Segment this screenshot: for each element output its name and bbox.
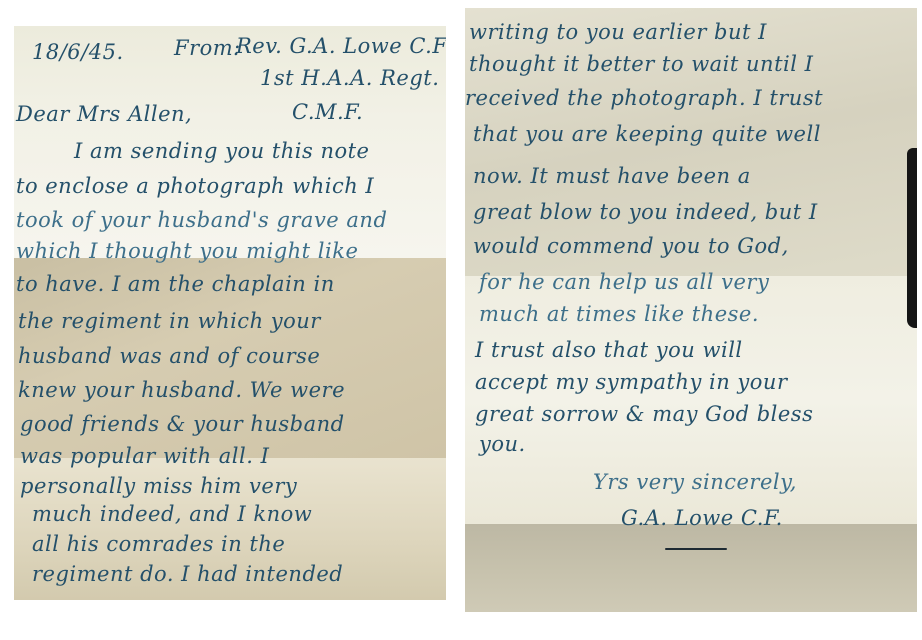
salutation: Dear Mrs Allen, <box>16 102 192 126</box>
body-line: received the photograph. I trust <box>465 86 823 110</box>
body-line: much indeed, and I know <box>32 502 312 526</box>
body-line: knew your husband. We were <box>18 378 345 402</box>
body-line: accept my sympathy in your <box>475 370 788 394</box>
body-line: you. <box>479 432 526 456</box>
torn-edge <box>907 148 917 328</box>
sender-location: C.M.F. <box>292 100 363 124</box>
signature-underline <box>665 548 727 550</box>
body-line: regiment do. I had intended <box>32 562 343 586</box>
body-line: now. It must have been a <box>473 164 751 188</box>
from-label: From: <box>174 36 241 60</box>
body-line: great sorrow & may God bless <box>475 402 813 426</box>
closing: Yrs very sincerely, <box>593 470 797 494</box>
body-line: the regiment in which your <box>18 309 321 333</box>
body-line: husband was and of course <box>18 344 320 368</box>
body-line: much at times like these. <box>479 302 759 326</box>
sender-unit: 1st H.A.A. Regt. R.A. <box>260 66 446 90</box>
body-line: would commend you to God, <box>473 234 789 258</box>
body-line: I trust also that you will <box>475 338 743 362</box>
body-line: thought it better to wait until I <box>469 52 813 76</box>
sender-name: Rev. G.A. Lowe C.F. <box>236 34 446 58</box>
body-line: to have. I am the chaplain in <box>16 272 335 296</box>
signature: G.A. Lowe C.F. <box>621 506 783 530</box>
body-line: good friends & your husband <box>20 412 345 436</box>
body-line: I am sending you this note <box>74 139 370 163</box>
body-line: great blow to you indeed, but I <box>473 200 818 224</box>
letter-page-1: 18/6/45. From: Rev. G.A. Lowe C.F. 1st H… <box>14 26 446 600</box>
body-line: for he can help us all very <box>479 270 769 294</box>
body-line: which I thought you might like <box>16 239 358 263</box>
letter-date: 18/6/45. <box>32 40 124 64</box>
letter-page-2: writing to you earlier but I thought it … <box>465 8 917 612</box>
body-line: was popular with all. I <box>20 444 269 468</box>
body-line: to enclose a photograph which I <box>16 174 374 198</box>
paper-fold-bottom <box>465 524 917 612</box>
body-line: took of your husband's grave and <box>16 208 387 232</box>
body-line: personally miss him very <box>20 474 297 498</box>
body-line: writing to you earlier but I <box>469 20 767 44</box>
body-line: all his comrades in the <box>32 532 285 556</box>
body-line: that you are keeping quite well <box>473 122 821 146</box>
